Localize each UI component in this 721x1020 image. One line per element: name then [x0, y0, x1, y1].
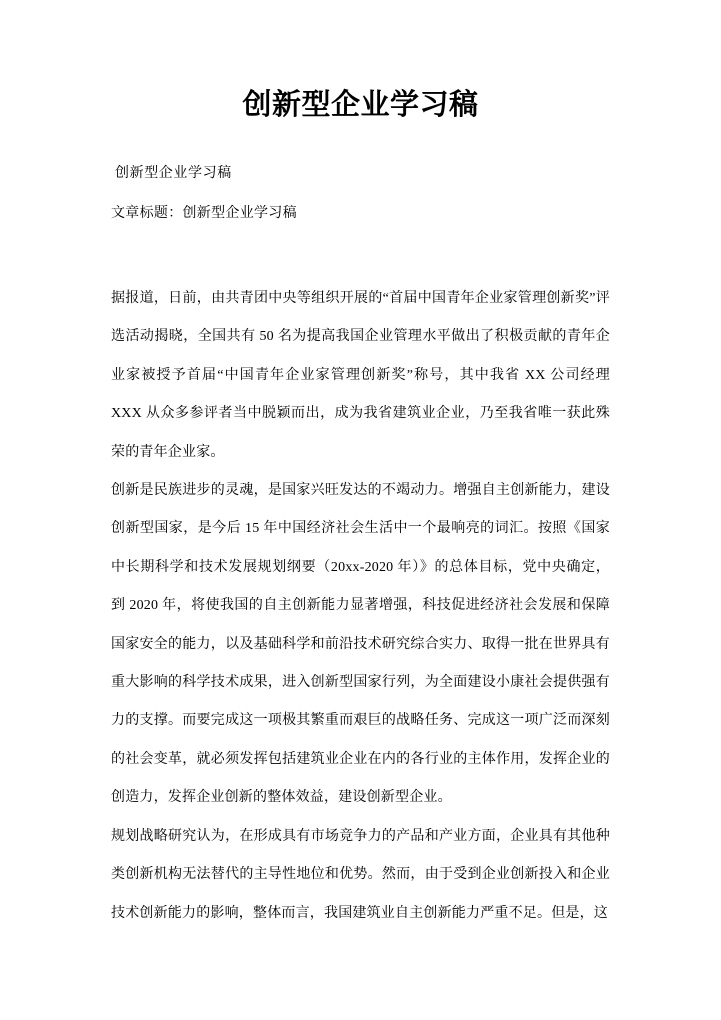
document-page: 创新型企业学习稿 创新型企业学习稿 文章标题：创新型企业学习稿 据报道，日前，由…: [0, 0, 721, 1020]
paragraph: 创新是民族进步的灵魂，是国家兴旺发达的不竭动力。增强自主创新能力，建设创新型国家…: [111, 472, 610, 818]
document-subtitle-line: 创新型企业学习稿: [115, 166, 232, 183]
document-body: 据报道，日前，由共青团中央等组织开展的“首届中国青年企业家管理创新奖”评选活动揭…: [111, 280, 610, 933]
document-title: 创新型企业学习稿: [0, 91, 721, 120]
paragraph: 据报道，日前，由共青团中央等组织开展的“首届中国青年企业家管理创新奖”评选活动揭…: [111, 280, 610, 472]
paragraph: 规划战略研究认为，在形成具有市场竞争力的产品和产业方面，企业具有其他种类创新机构…: [111, 818, 610, 933]
document-meta-line: 文章标题：创新型企业学习稿: [111, 206, 297, 223]
